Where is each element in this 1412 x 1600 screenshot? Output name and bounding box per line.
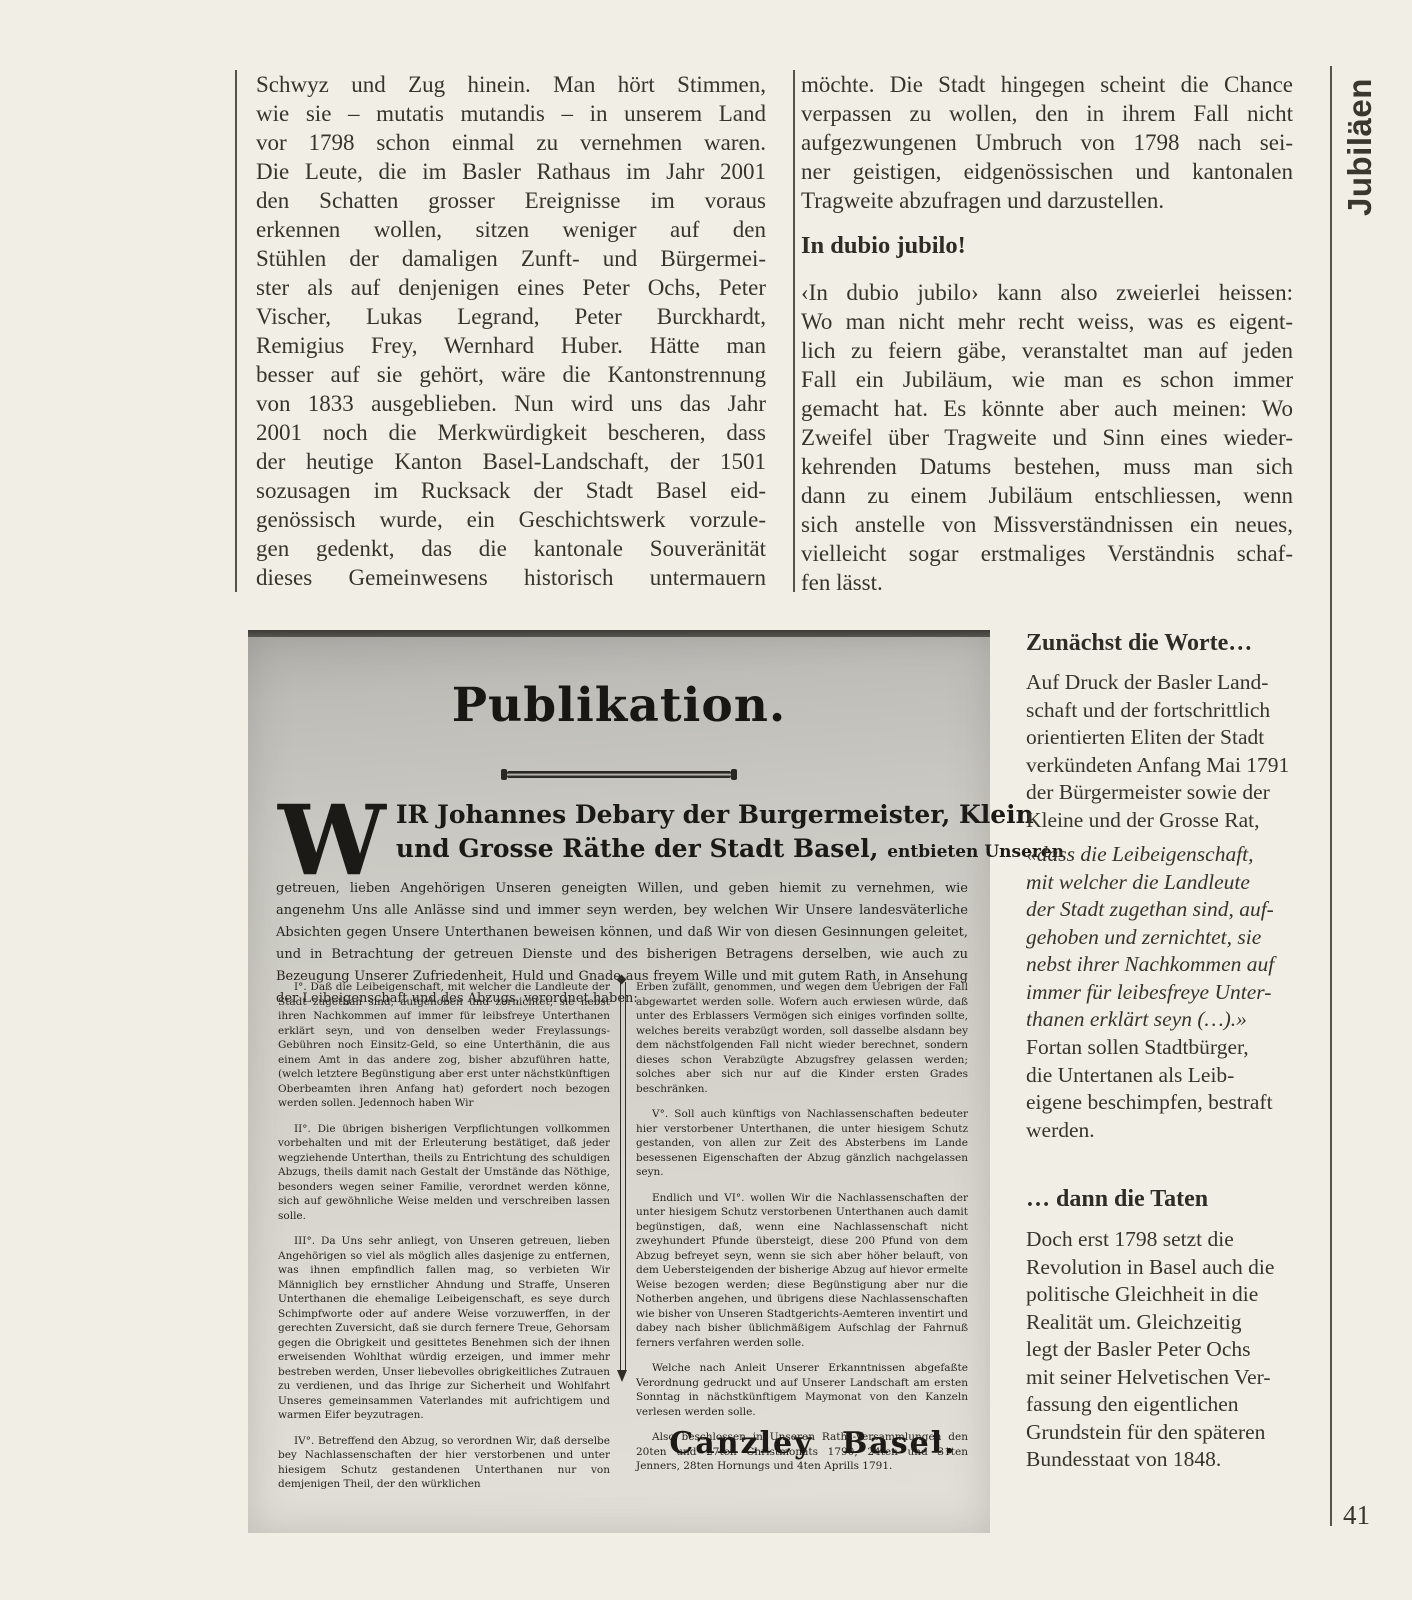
document-paragraph: IV°. Betreffend den Abzug, so verordnen … bbox=[278, 1434, 610, 1492]
text-line: Realität um. Gleichzeitig bbox=[1026, 1309, 1311, 1337]
text-line: Fortan sollen Stadtbürger, bbox=[1026, 1034, 1311, 1062]
text-line: Wo man nicht mehr recht weiss, was es ei… bbox=[801, 307, 1293, 336]
text-line: wie sie – mutatis mutandis – in unserem … bbox=[256, 99, 766, 128]
text-line: Vischer, Lukas Legrand, Peter Burckhardt… bbox=[256, 302, 766, 331]
document-paragraph: I°. Daß die Leibeigenschaft, mit welcher… bbox=[278, 980, 610, 1111]
document-column-divider-ornament bbox=[620, 982, 626, 1372]
text-line: orientierten Eliten der Stadt bbox=[1026, 724, 1311, 752]
text-line: möchte. Die Stadt hingegen scheint die C… bbox=[801, 70, 1293, 99]
document-paragraph: III°. Da Uns sehr anliegt, von Unseren g… bbox=[278, 1234, 610, 1423]
document-signature: Canzley Basel. bbox=[648, 1426, 978, 1461]
text-line: schaft und der fortschrittlich bbox=[1026, 697, 1311, 725]
text-line: nebst ihrer Nachkommen auf bbox=[1026, 951, 1311, 979]
text-line: mit welcher die Landleute bbox=[1026, 869, 1311, 897]
text-line: fassung den eigentlichen bbox=[1026, 1391, 1311, 1419]
text-line: gen gedenkt, das die kantonale Souveräni… bbox=[256, 534, 766, 563]
text-line: Stühlen der damaligen Zunft- und Bürgerm… bbox=[256, 244, 766, 273]
document-paragraph: Welche nach Anleit Unserer Erkanntnissen… bbox=[636, 1361, 968, 1419]
text-line: verpassen zu wollen, den in ihrem Fall n… bbox=[801, 99, 1293, 128]
text-line: vor 1798 schon einmal zu vernehmen waren… bbox=[256, 128, 766, 157]
document-paragraph: Endlich und VI°. wollen Wir die Nachlass… bbox=[636, 1191, 968, 1351]
text-line: legt der Basler Peter Ochs bbox=[1026, 1336, 1311, 1364]
text-line: politische Gleichheit in die bbox=[1026, 1281, 1311, 1309]
document-left-column: I°. Daß die Leibeigenschaft, mit welcher… bbox=[278, 980, 610, 1503]
historical-document-scan: Publikation. W IR Johannes Debary der Bu… bbox=[248, 630, 990, 1533]
text-line: gehoben und zernichtet, sie bbox=[1026, 924, 1311, 952]
text-line: immer für leibesfreye Unter- bbox=[1026, 979, 1311, 1007]
page-edge-rule bbox=[1330, 66, 1332, 1526]
document-right-column: Erben zufällt, genommen, und wegen dem U… bbox=[636, 980, 968, 1503]
text-line: die Untertanen als Leib- bbox=[1026, 1062, 1311, 1090]
text-line: fen lässt. bbox=[801, 568, 1293, 597]
sidebar-paragraph-1: Auf Druck der Basler Land-schaft und der… bbox=[1026, 669, 1311, 834]
text-line: Grundstein für den späteren bbox=[1026, 1419, 1311, 1447]
text-line: genössisch wurde, ein Geschichtswerk vor… bbox=[256, 505, 766, 534]
salutation-line-2-main: und Grosse Räthe der Stadt Basel, bbox=[396, 834, 887, 863]
article-subheading: In dubio jubilo! bbox=[801, 232, 1293, 260]
sidebar-quote: «dass die Leibeigenschaft,mit welcher di… bbox=[1026, 841, 1311, 1034]
text-line: Revolution in Basel auch die bbox=[1026, 1254, 1311, 1282]
text-line: sozusagen im Rucksack der Stadt Basel ei… bbox=[256, 476, 766, 505]
document-paragraph: V°. Soll auch künftigs von Nachlassensch… bbox=[636, 1107, 968, 1180]
text-line: Kleine und der Grosse Rat, bbox=[1026, 807, 1311, 835]
text-line: Doch erst 1798 setzt die bbox=[1026, 1226, 1311, 1254]
ornate-initial: W bbox=[278, 802, 386, 880]
text-line: 2001 noch die Merkwürdigkeit bescheren, … bbox=[256, 418, 766, 447]
text-line: Zweifel über Tragweite und Sinn eines wi… bbox=[801, 423, 1293, 452]
text-line: dann zu einem Jubiläum entschliessen, we… bbox=[801, 481, 1293, 510]
text-line: verkündeten Anfang Mai 1791 bbox=[1026, 752, 1311, 780]
text-line: vielleicht sogar erstmaliges Verständnis… bbox=[801, 539, 1293, 568]
text-line: Fall ein Jubiläum, wie man es schon imme… bbox=[801, 365, 1293, 394]
text-line: Remigius Frey, Wernhard Huber. Hätte man bbox=[256, 331, 766, 360]
column-rule-middle bbox=[793, 70, 795, 592]
text-line: kehrenden Datums bestehen, muss man sich bbox=[801, 452, 1293, 481]
document-paragraph: II°. Die übrigen bisherigen Verpflichtun… bbox=[278, 1122, 610, 1224]
text-line: ner geistigen, eidgenössischen und kanto… bbox=[801, 157, 1293, 186]
ornament-rule bbox=[507, 771, 731, 778]
document-title: Publikation. bbox=[248, 678, 990, 733]
text-line: besser auf sie gehört, wäre die Kantonst… bbox=[256, 360, 766, 389]
magazine-page: Jubiläen Schwyz und Zug hinein. Man hört… bbox=[0, 0, 1412, 1600]
text-line: Die Leute, die im Basler Rathaus im Jahr… bbox=[256, 157, 766, 186]
text-line: aufgezwungenen Umbruch von 1798 nach sei… bbox=[801, 128, 1293, 157]
column-rule-left bbox=[235, 70, 237, 592]
text-line: thanen erklärt seyn (…).» bbox=[1026, 1006, 1311, 1034]
text-line: Tragweite abzufragen und darzustellen. bbox=[801, 186, 1293, 215]
sidebar-paragraph-2: Fortan sollen Stadtbürger,die Untertanen… bbox=[1026, 1034, 1311, 1144]
text-line: sich anstelle von Missverständnissen ein… bbox=[801, 510, 1293, 539]
sidebar-heading-2: … dann die Taten bbox=[1026, 1186, 1306, 1213]
sidebar-paragraph-3: Doch erst 1798 setzt dieRevolution in Ba… bbox=[1026, 1226, 1311, 1474]
text-line: der Stadt zugethan sind, auf- bbox=[1026, 896, 1311, 924]
text-line: mit seiner Helvetischen Ver- bbox=[1026, 1364, 1311, 1392]
text-line: werden. bbox=[1026, 1117, 1311, 1145]
text-line: Auf Druck der Basler Land- bbox=[1026, 669, 1311, 697]
text-line: eigene beschimpfen, bestraft bbox=[1026, 1089, 1311, 1117]
text-line: von 1833 ausgeblieben. Nun wird uns das … bbox=[256, 389, 766, 418]
text-line: dieses Gemeinwesens historisch untermaue… bbox=[256, 563, 766, 592]
text-line: der Bürgermeister sowie der bbox=[1026, 779, 1311, 807]
text-line: den Schatten grosser Ereignisse im vorau… bbox=[256, 186, 766, 215]
text-line: Bundesstaat von 1848. bbox=[1026, 1446, 1311, 1474]
text-line: ‹In dubio jubilo› kann also zweierlei he… bbox=[801, 278, 1293, 307]
text-line: der heutige Kanton Basel-Landschaft, der… bbox=[256, 447, 766, 476]
section-tab-label: Jubiläen bbox=[1341, 66, 1383, 216]
text-line: Schwyz und Zug hinein. Man hört Stimmen, bbox=[256, 70, 766, 99]
document-salutation: W IR Johannes Debary der Burgermeister, … bbox=[278, 798, 970, 880]
page-number: 41 bbox=[1343, 1500, 1370, 1531]
sidebar-heading-1: Zunächst die Worte… bbox=[1026, 630, 1306, 657]
article-column-2-paragraph-2: ‹In dubio jubilo› kann also zweierlei he… bbox=[801, 278, 1293, 597]
text-line: erkennen wollen, sitzen weniger auf den bbox=[256, 215, 766, 244]
text-line: ster als auf denjenigen eines Peter Ochs… bbox=[256, 273, 766, 302]
text-line: «dass die Leibeigenschaft, bbox=[1026, 841, 1311, 869]
text-line: gemacht hat. Es könnte aber auch meinen:… bbox=[801, 394, 1293, 423]
article-column-1: Schwyz und Zug hinein. Man hört Stimmen,… bbox=[256, 70, 766, 592]
text-line: lich zu feiern gäbe, veranstaltet man au… bbox=[801, 336, 1293, 365]
article-column-2-paragraph-1: möchte. Die Stadt hingegen scheint die C… bbox=[801, 70, 1293, 215]
document-paragraph: Erben zufällt, genommen, und wegen dem U… bbox=[636, 980, 968, 1096]
scan-top-edge-shadow bbox=[248, 630, 990, 637]
